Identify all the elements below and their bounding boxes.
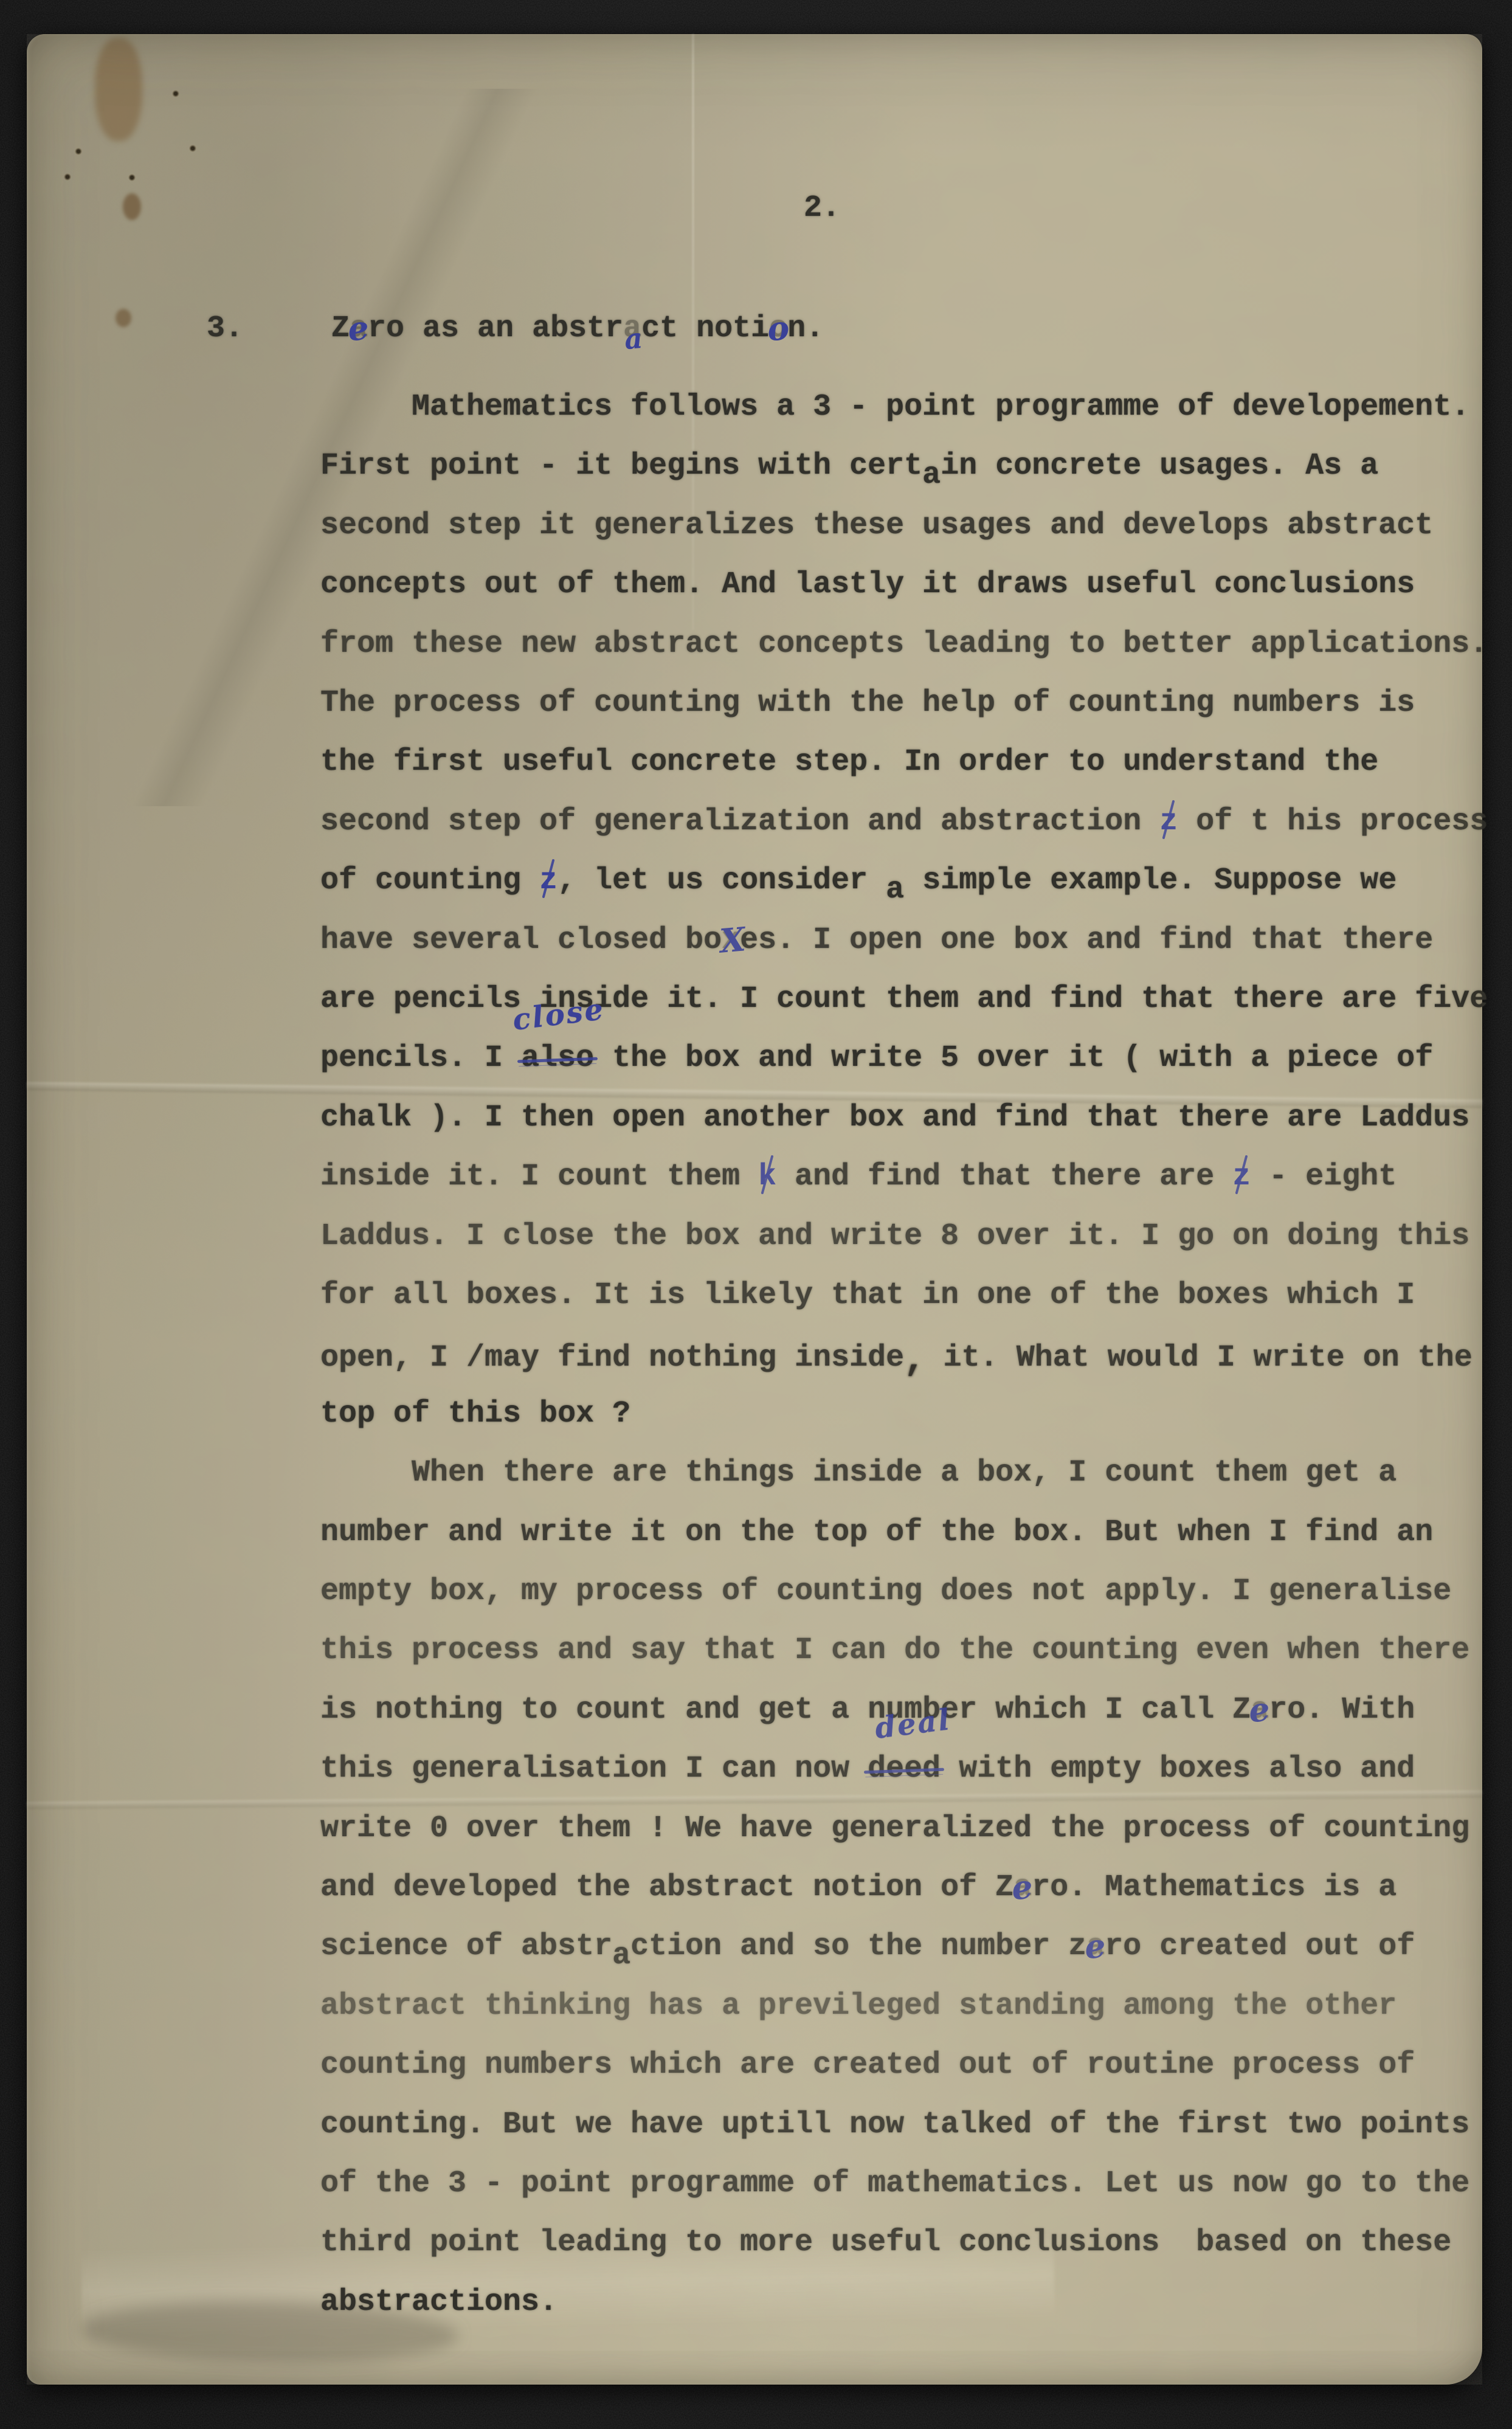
handwritten-overlay-char: e [1010,1867,1034,1908]
typed-line: the first useful concrete step. In order… [320,747,1378,778]
typed-text: with empty boxes also and [941,1752,1415,1786]
stain [116,309,131,327]
typed-text: inside it. I count them [320,1159,758,1194]
typed-line: and developed the abstract notion of Zae… [320,1873,1396,1903]
typed-text: is nothing to count and get a number whi… [320,1693,1251,1727]
typed-text: Laddus. I close the box and write 8 over… [320,1219,1469,1254]
typed-text: science of abstr [320,1929,612,1964]
typed-text: open, I /may find nothing inside [320,1341,904,1375]
typed-text: third point leading to more useful concl… [320,2225,1451,2260]
overwritten-char: oo [769,314,787,344]
typed-line: science of abstraction and so the number… [320,1932,1415,1962]
typed-text: chalk ). I then open another box and fin… [320,1100,1469,1135]
typed-line: chalk ). I then open another box and fin… [320,1103,1469,1133]
typed-text: second step of generalization and abstra… [320,804,1159,839]
typed-text: the first useful concrete step. In order… [320,745,1378,779]
typed-text: pencils. I [320,1041,521,1076]
typed-text: When there are things inside a box, I co… [320,1456,1396,1490]
handwritten-overlay-char: e [1083,1926,1107,1967]
pinhole [172,90,179,97]
typed-line: abstract thinking has a previleged stand… [320,1991,1396,2022]
typed-text: counting numbers which are created out o… [320,2048,1415,2082]
typed-text: and find that there are [776,1159,1232,1194]
overwritten-char: ae [1013,1873,1032,1903]
typed-text: concepts out of them. And lastly it draw… [320,567,1415,602]
typed-text: n. [787,311,824,346]
section-title: Zaero as an abstraact notioon. [331,314,824,344]
typed-text: ro as an abstr [368,311,623,346]
typed-text: are pencils inside it. I count them and … [320,982,1488,1017]
typed-text: Mathematics follows a 3 - point programm… [320,390,1469,424]
overwritten-char: ae [1086,1932,1105,1962]
typed-line: are pencils inside it. I count them and … [320,984,1488,1015]
typed-text: for all boxes. It is likely that in one … [320,1278,1415,1313]
page-number: 2. [804,193,840,224]
typed-text: abstract thinking has a previleged stand… [320,1989,1396,2023]
stain [123,193,141,220]
typed-line: Laddus. I close the box and write 8 over… [320,1221,1469,1252]
typed-line: number and write it on the top of the bo… [320,1518,1433,1548]
typed-text: of the 3 - point programme of mathematic… [320,2166,1469,2201]
typed-text: The process of counting with the help of… [320,686,1415,720]
typed-line: this generalisation I can now deeddeal w… [320,1754,1415,1785]
typed-line: of the 3 - point programme of mathematic… [320,2169,1469,2199]
typed-text: First point - it begins with cert [320,449,922,483]
typed-text: second step it generalizes these usages … [320,508,1433,543]
typed-text: ro. With [1269,1693,1415,1727]
typed-line: for all boxes. It is likely that in one … [320,1280,1415,1311]
typed-line: open, I /may find nothing inside, it. Wh… [320,1339,1472,1375]
handwritten-overlay-char: e [1247,1690,1271,1730]
typed-text: simple example. Suppose we [904,863,1396,898]
typed-text: this process and say that I can do the c… [320,1633,1469,1668]
typed-line: from these new abstract concepts leading… [320,629,1488,660]
typed-line: Mathematics follows a 3 - point programm… [320,392,1469,423]
pinhole [128,174,136,181]
handwritten-overlay-char: e [346,308,370,349]
typed-text: ro created out of [1105,1929,1415,1964]
typed-subscript-char: a [886,872,904,907]
typed-text: write 0 over them ! We have generalized … [320,1811,1469,1846]
typed-line: inside it. I count them k and find that … [320,1162,1396,1192]
struck-word: alsoclose [521,1041,594,1076]
overwritten-char: ae [1251,1695,1269,1726]
typed-text: in concrete usages. As a [941,449,1378,483]
typed-line: this process and say that I can do the c… [320,1636,1469,1666]
handwritten-overlay-char: X [718,920,747,961]
typed-text: number and write it on the top of the bo… [320,1515,1433,1550]
typed-text: top of this box ? [320,1397,630,1431]
handwritten-overlay-char: a [623,322,644,356]
typed-line: abstractions. [320,2287,558,2318]
pinhole [64,173,71,181]
typed-text: ct noti [641,311,769,346]
overwritten-char: aa [623,314,641,344]
overwritten-char: xX [722,925,740,956]
paper-texture [27,34,1482,2385]
typed-line: counting. But we have uptill now talked … [320,2110,1469,2140]
ink-blot: , [904,1341,925,1381]
typed-line: of counting z, let us consider a simple … [320,866,1396,896]
typed-subscript-char: a [922,458,941,492]
overwritten-char: ae [350,314,368,344]
typed-line: top of this box ? [320,1399,630,1429]
typed-line: is nothing to count and get a number whi… [320,1695,1415,1726]
pinhole [189,145,196,152]
typed-line: second step of generalization and abstra… [320,807,1488,837]
typed-line: third point leading to more useful concl… [320,2228,1451,2258]
typed-line: First point - it begins with certain con… [320,451,1378,482]
typed-text: abstractions. [320,2285,558,2320]
fold-crease-horizontal-lower [27,1791,1482,1809]
typed-line: second step it generalizes these usages … [320,511,1433,541]
cancelled-char: k [758,1159,776,1194]
typed-line: empty box, my process of counting does n… [320,1577,1451,1607]
typed-line: The process of counting with the help of… [320,688,1415,719]
paper: 2. 3. Zaero as an abstraact notioon. Mat… [27,34,1482,2385]
typed-subscript-char: a [612,1938,630,1973]
handwritten-overlay-char: o [765,308,790,349]
struck-word: deeddeal [868,1752,941,1786]
typed-text: - eight [1251,1159,1396,1194]
typed-text: empty box, my process of counting does n… [320,1574,1451,1609]
typed-text: it. What would I write on the [925,1341,1472,1375]
stain [95,38,142,141]
typed-text: this generalisation I can now [320,1752,868,1786]
pinhole [75,148,82,155]
typed-text: es. I open one box and find that there [740,923,1433,958]
typed-text: ro. Mathematics is a [1032,1870,1396,1905]
typed-text: of t his process [1178,804,1488,839]
typed-text: from these new abstract concepts leading… [320,627,1488,662]
typed-text: of counting [320,863,539,898]
typed-line: concepts out of them. And lastly it draw… [320,570,1415,600]
cancelled-char: z [1159,804,1178,839]
typed-line: have several closed boxXes. I open one b… [320,925,1433,956]
typed-text: and developed the abstract notion of Z [320,1870,1013,1905]
typed-line: When there are things inside a box, I co… [320,1458,1396,1488]
typed-text: ction and so the number z [630,1929,1086,1964]
cancelled-char: z [1232,1159,1251,1194]
typed-line: counting numbers which are created out o… [320,2050,1415,2081]
cancelled-char: z [539,863,558,898]
typed-line: write 0 over them ! We have generalized … [320,1814,1469,1844]
section-number: 3. [207,314,243,344]
typed-text: have several closed bo [320,923,722,958]
typed-text: , let us consider [558,863,886,898]
typed-text: counting. But we have uptill now talked … [320,2107,1469,2142]
typed-line: pencils. I alsoclose the box and write 5… [320,1043,1433,1074]
typed-text: the box and write 5 over it ( with a pie… [594,1041,1433,1076]
